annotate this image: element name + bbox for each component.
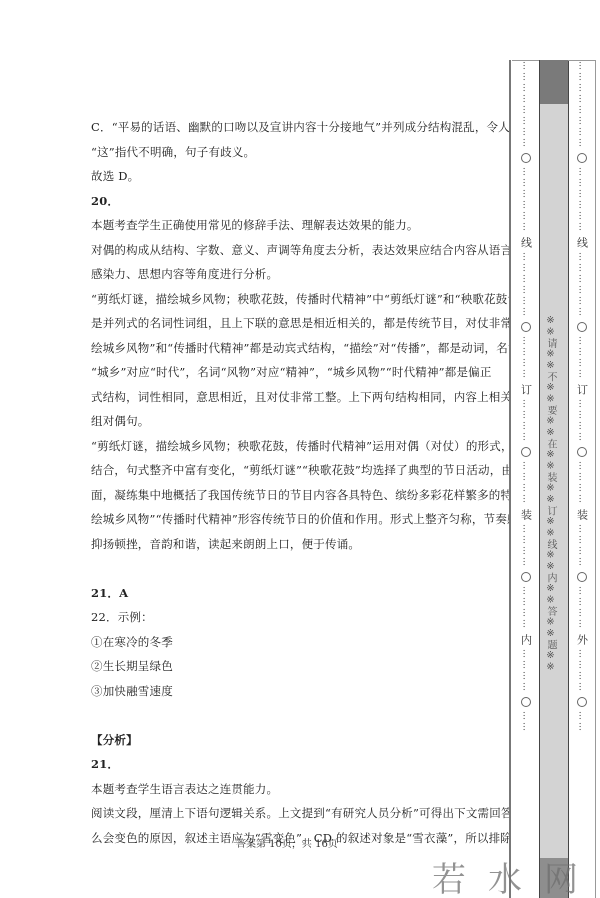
dotted-line: …… [521, 399, 531, 421]
page-footer: 答案第 10页，共 16页 [236, 835, 338, 850]
dotted-line: …… [521, 524, 531, 546]
binding-hole-icon [521, 697, 531, 707]
answer-item: ②生长期呈绿色 [91, 654, 511, 679]
binding-hole-icon [577, 697, 587, 707]
text-line: 是并列式的名词性词组，且上下联的意思是相近相关的，都是传统节目，对仗非常工整。“… [91, 311, 511, 336]
dotted-line: …… [521, 296, 531, 318]
dotted-line: …… [521, 61, 531, 83]
dotted-line: …… [577, 649, 587, 671]
dotted-line: …… [521, 608, 531, 630]
dotted-line: …… [577, 127, 587, 149]
dotted-line: …… [577, 399, 587, 421]
dotted-line: …… [577, 524, 587, 546]
answer-21: 21．A [91, 581, 511, 606]
text-line: 绘城乡风物”“传播时代精神”形容传统节日的价值和作用。形式上整齐匀称，节奏感强， [91, 507, 511, 532]
dotted-line: …… [521, 546, 531, 568]
strip-dark-block [540, 60, 568, 104]
dotted-line: …… [521, 483, 531, 505]
binding-margin-strip: …… …… …… …… …… …… …… 线 …… …… …… …… …… 订 … [509, 60, 595, 898]
dotted-line: …… [577, 586, 587, 608]
answer-item: ③加快融雪速度 [91, 679, 511, 704]
binding-hole-icon [521, 322, 531, 332]
binding-hole-icon [577, 447, 587, 457]
strip-char-xian: 线 [518, 237, 534, 248]
dotted-line: …… [577, 189, 587, 211]
text-line: 阅读文段，厘清上下语句逻辑关系。上文提到“有研究人员分析”可得出下文需回答雪为什 [91, 801, 511, 826]
spacer [91, 556, 511, 581]
dotted-line: …… [577, 483, 587, 505]
dotted-line: …… [577, 274, 587, 296]
binding-hole-icon [577, 153, 587, 163]
text-line: 故选 D。 [91, 164, 511, 189]
binding-hole-icon [521, 153, 531, 163]
dotted-line: …… [521, 252, 531, 274]
dotted-line: …… [577, 546, 587, 568]
answer-item: ①在寒冷的冬季 [91, 630, 511, 655]
dotted-line: …… [577, 252, 587, 274]
dotted-line: …… [521, 336, 531, 358]
strip-char-zhuang: 装 [574, 509, 590, 520]
answer-22-label: 22．示例： [91, 605, 511, 630]
dotted-line: …… [521, 358, 531, 380]
dotted-line: …… [521, 421, 531, 443]
dotted-line: …… [577, 461, 587, 483]
site-watermark: 若水网 [432, 852, 600, 898]
binding-hole-icon [521, 447, 531, 457]
dotted-line: …… [521, 127, 531, 149]
dotted-line: …… [577, 421, 587, 443]
binding-column-inner: …… …… …… …… …… …… …… 线 …… …… …… …… …… 订 … [512, 60, 539, 898]
strip-char-wai: 外 [574, 634, 590, 645]
dotted-line: …… [577, 296, 587, 318]
text-line: 面，凝练集中地概括了我国传统节日的节目内容各具特色、缤纷多彩花样繁多的特点，“描 [91, 483, 511, 508]
dotted-line: …… [521, 461, 531, 483]
text-line: “城乡”对应“时代”，名词“风物”对应“精神”，“城乡风物”“时代精神”都是偏正 [91, 360, 511, 385]
text-line: 式结构，词性相同，意思相近，且对仗非常工整。上下两句结构相同，内容上相关，构成一 [91, 385, 511, 410]
strip-char-zhuang: 装 [518, 509, 534, 520]
text-line: “这”指代不明确，句子有歧义。 [91, 140, 511, 165]
text-line: 感染力、思想内容等角度进行分析。 [91, 262, 511, 287]
text-line: 绘城乡风物”和“传播时代精神”都是动宾式结构，“描绘”对“传播”，都是动词，名词 [91, 336, 511, 361]
dotted-line: …… [577, 167, 587, 189]
dotted-line: …… [521, 105, 531, 127]
dotted-line: …… [577, 671, 587, 693]
text-line: “剪纸灯谜，描绘城乡风物；秧歌花鼓，传播时代精神”运用对偶（对仗）的形式，长短句 [91, 434, 511, 459]
binding-column-outer: …… …… …… …… …… …… …… 线 …… …… …… …… …… 订 … [568, 60, 596, 898]
analysis-heading: 【分析】 [91, 728, 511, 753]
dotted-line: …… [521, 671, 531, 693]
text-line: 本题考查学生语言表达之连贯能力。 [91, 777, 511, 802]
text-line: “剪纸灯谜，描绘城乡风物；秧歌花鼓，传播时代精神”中“剪纸灯谜”和“秧歌花鼓”都 [91, 287, 511, 312]
dotted-line: …… [577, 358, 587, 380]
dotted-line: …… [521, 211, 531, 233]
dotted-line: …… [577, 83, 587, 105]
dotted-line: …… [521, 649, 531, 671]
dotted-line: …… [521, 711, 531, 733]
strip-char-ding: 订 [518, 384, 534, 395]
strip-char-xian: 线 [574, 237, 590, 248]
binding-column-middle: ※※请※※不※※要※※在※※装※※订※※线※※内※※答※※题※※ [539, 60, 569, 898]
spacer [91, 703, 511, 728]
dotted-line: …… [577, 608, 587, 630]
binding-hole-icon [577, 322, 587, 332]
text-line: 组对偶句。 [91, 409, 511, 434]
question-number: 21． [91, 752, 511, 777]
text-line: 结合，句式整齐中富有变化，“剪纸灯谜”“秧歌花鼓”均选择了典型的节日活动，由点带 [91, 458, 511, 483]
strip-char-nei: 内 [518, 634, 534, 645]
binding-hole-icon [577, 572, 587, 582]
dotted-line: …… [577, 105, 587, 127]
dotted-line: …… [577, 61, 587, 83]
dotted-line: …… [521, 83, 531, 105]
binding-hole-icon [521, 572, 531, 582]
dotted-line: …… [577, 336, 587, 358]
dotted-line: …… [577, 711, 587, 733]
text-line: 本题考查学生正确使用常见的修辞手法、理解表达效果的能力。 [91, 213, 511, 238]
strip-char-ding: 订 [574, 384, 590, 395]
binding-warning-text: ※※请※※不※※要※※在※※装※※订※※线※※内※※答※※题※※ [543, 315, 558, 673]
dotted-line: …… [521, 586, 531, 608]
text-line: 对偶的构成从结构、字数、意义、声调等角度去分析，表达效果应结合内容从语言、节奏、 [91, 238, 511, 263]
text-line: C．“平易的话语、幽默的口吻以及宣讲内容十分接地气”并列成分结构混乱，令人费解； [91, 115, 511, 140]
dotted-line: …… [521, 274, 531, 296]
text-line: 抑扬顿挫，音韵和谐，读起来朗朗上口，便于传诵。 [91, 532, 511, 557]
dotted-line: …… [577, 211, 587, 233]
question-number: 20． [91, 189, 511, 214]
dotted-line: …… [521, 167, 531, 189]
dotted-line: …… [521, 189, 531, 211]
answer-document: C．“平易的话语、幽默的口吻以及宣讲内容十分接地气”并列成分结构混乱，令人费解；… [91, 115, 511, 850]
